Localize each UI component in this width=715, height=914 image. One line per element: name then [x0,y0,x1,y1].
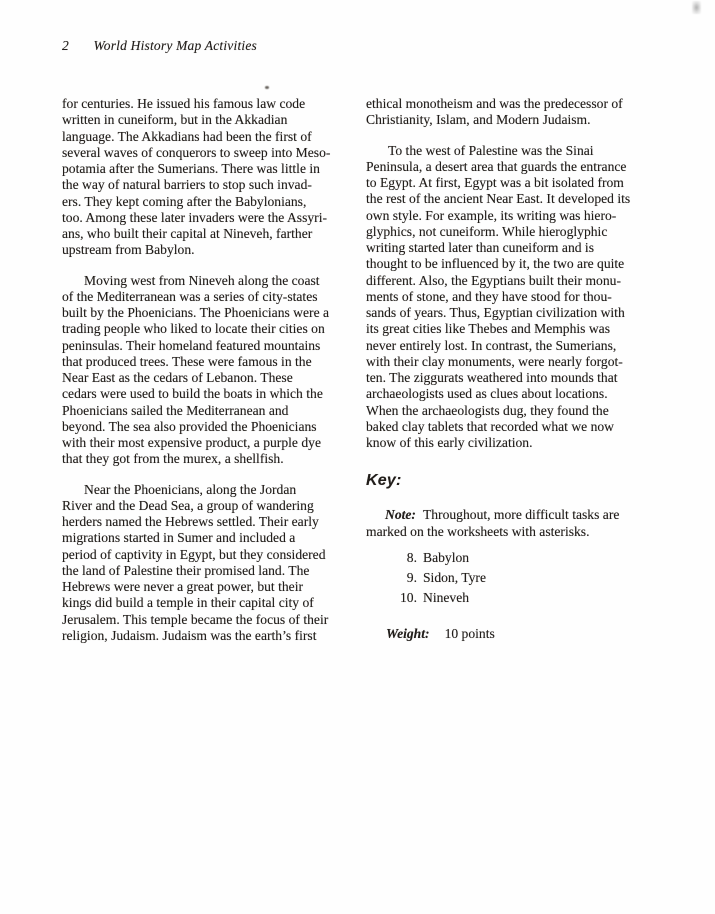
text-line: glyphics, not cuneiform. While hieroglyp… [366,224,664,240]
text-line: sands of years. Thus, Egyptian civilizat… [366,305,664,321]
note-line-1: Note:Throughout, more difficult tasks ar… [366,507,664,523]
text-line: To the west of Palestine was the Sinai [366,143,664,159]
paragraph: Near the Phoenicians, along the JordanRi… [62,482,360,645]
text-line: the way of natural barriers to stop such… [62,177,360,193]
text-line: Peninsula, a desert area that guards the… [366,159,664,175]
text-line: ans, who built their capital at Nineveh,… [62,226,360,242]
text-line: ethical monotheism and was the predecess… [366,96,664,112]
page-header: 2 World History Map Activities [62,38,257,54]
text-line: know of this early civilization. [366,435,664,451]
answer-text: Sidon, Tyre [423,568,486,588]
text-line: herders named the Hebrews settled. Their… [62,514,360,530]
answer-number: 9. [366,568,417,588]
book-title: World History Map Activities [94,38,257,54]
text-line: to Egypt. At first, Egypt was a bit isol… [366,175,664,191]
text-line: language. The Akkadians had been the fir… [62,129,360,145]
paragraph: ethical monotheism and was the predecess… [366,96,664,129]
text-line: ers. They kept coming after the Babyloni… [62,194,360,210]
key-heading: Key: [366,471,664,491]
text-line: upstream from Babylon. [62,242,360,258]
text-line: Christianity, Islam, and Modern Judaism. [366,112,664,128]
text-line: own style. For example, its writing was … [366,208,664,224]
text-line: beyond. The sea also provided the Phoeni… [62,419,360,435]
text-line: Near the Phoenicians, along the Jordan [62,482,360,498]
text-line: thought to be influenced by it, the two … [366,256,664,272]
text-line: When the archaeologists dug, they found … [366,403,664,419]
text-line: kings did build a temple in their capita… [62,595,360,611]
answer-number: 10. [366,588,417,608]
weight-label: Weight: [386,626,430,641]
answer-text: Nineveh [423,588,469,608]
text-line: migrations started in Sumer and included… [62,530,360,546]
text-line: writing started later than cuneiform and… [366,240,664,256]
note-line-2: marked on the worksheets with asterisks. [366,524,664,540]
text-line: Hebrews were never a great power, but th… [62,579,360,595]
left-column: for centuries. He issued his famous law … [62,96,360,658]
text-line: of the Mediterranean was a series of cit… [62,289,360,305]
text-line: never entirely lost. In contrast, the Su… [366,338,664,354]
text-line: Moving west from Nineveh along the coast [62,273,360,289]
text-line: ten. The ziggurats weathered into mounds… [366,370,664,386]
note-line-1-text: Throughout, more difficult tasks are [423,507,619,522]
scanned-page: 2 World History Map Activities for centu… [0,0,715,914]
right-column-text: ethical monotheism and was the predecess… [366,96,664,451]
text-line: for centuries. He issued his famous law … [62,96,360,112]
text-line: the rest of the ancient Near East. It de… [366,191,664,207]
answer-list: 8.Babylon9.Sidon, Tyre10.Nineveh [366,548,664,608]
note-paragraph: Note:Throughout, more difficult tasks ar… [366,507,664,540]
text-line: too. Among these later invaders were the… [62,210,360,226]
weight-line: Weight:10 points [366,625,664,642]
text-line: baked clay tablets that recorded what we… [366,419,664,435]
text-line: archaeologists used as clues about locat… [366,386,664,402]
paragraph: To the west of Palestine was the SinaiPe… [366,143,664,452]
text-line: ments of stone, and they have stood for … [366,289,664,305]
text-line: with their clay monuments, were nearly f… [366,354,664,370]
text-line: peninsulas. Their homeland featured moun… [62,338,360,354]
paragraph: Moving west from Nineveh along the coast… [62,273,360,468]
text-line: written in cuneiform, but in the Akkadia… [62,112,360,128]
text-line: trading people who liked to locate their… [62,321,360,337]
text-line: several waves of conquerors to sweep int… [62,145,360,161]
text-line: Jerusalem. This temple became the focus … [62,612,360,628]
text-line: Phoenicians sailed the Mediterranean and [62,403,360,419]
text-line: that produced trees. These were famous i… [62,354,360,370]
answer-number: 8. [366,548,417,568]
weight-value: 10 points [445,626,495,641]
text-line: religion, Judaism. Judaism was the earth… [62,628,360,644]
text-line: that they got from the murex, a shellfis… [62,451,360,467]
answer-item: 9.Sidon, Tyre [366,568,664,588]
scan-artifact-smudge [692,1,701,14]
text-line: with their most expensive product, a pur… [62,435,360,451]
scan-artifact-dot [265,86,269,89]
text-line: River and the Dead Sea, a group of wande… [62,498,360,514]
text-line: potamia after the Sumerians. There was l… [62,161,360,177]
text-line: the land of Palestine their promised lan… [62,563,360,579]
note-label: Note: [385,507,416,522]
key-section: Key: Note:Throughout, more difficult tas… [366,471,664,642]
text-line: its great cities like Thebes and Memphis… [366,321,664,337]
page-number: 2 [62,38,69,54]
answer-item: 8.Babylon [366,548,664,568]
answer-item: 10.Nineveh [366,588,664,608]
text-line: different. Also, the Egyptians built the… [366,273,664,289]
answer-text: Babylon [423,548,469,568]
right-column: ethical monotheism and was the predecess… [366,96,664,642]
paragraph: for centuries. He issued his famous law … [62,96,360,259]
text-line: period of captivity in Egypt, but they c… [62,547,360,563]
text-line: cedars were used to build the boats in w… [62,386,360,402]
text-line: built by the Phoenicians. The Phoenician… [62,305,360,321]
text-line: Near East as the cedars of Lebanon. Thes… [62,370,360,386]
